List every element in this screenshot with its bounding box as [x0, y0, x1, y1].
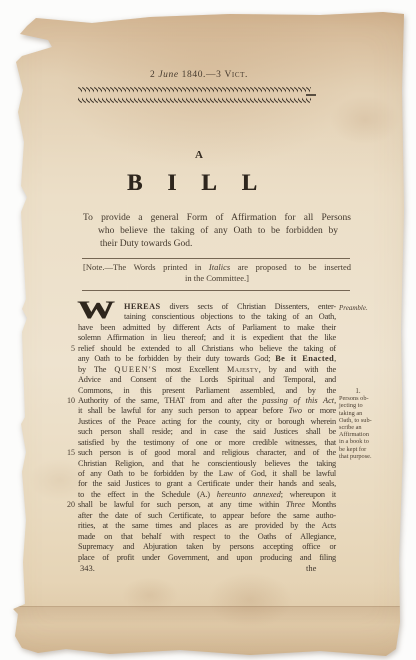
body-line: Supremacy and Abjuration taken by person…: [78, 542, 336, 552]
body-line-text: Commons, in this present Parliament asse…: [78, 386, 336, 396]
aged-paper-sheet: 2 June 1840.—3 Vict. A BILL To provide a…: [0, 0, 416, 660]
body-line: of any Oath to be forbidden by the Law o…: [78, 469, 336, 479]
body-line-text: such person is of good moral and religio…: [78, 448, 336, 458]
rule-bottom: [82, 290, 350, 291]
fold-crease: [14, 606, 402, 657]
body-line-text: Supremacy and Abjuration taken by person…: [78, 542, 336, 552]
regnal-abbrev: Vict.: [224, 70, 248, 80]
section1-text: Persons ob-jecting totaking anOath, to s…: [339, 395, 372, 460]
body-line-text: to the effect in the Schedule (A.) hereu…: [78, 490, 336, 500]
body-line: 5relief should be extended to all Christ…: [78, 344, 336, 354]
rule-top: [82, 258, 350, 259]
bill-title: BILL: [127, 170, 282, 196]
section1-number: 1.: [339, 388, 377, 395]
body-line: Advice and Consent of the Lords Spiritua…: [78, 375, 336, 385]
body-line-text: by The QUEEN'S most Excellent Majesty, b…: [78, 365, 336, 375]
body-line-text: place of profit under Government, and up…: [78, 553, 336, 563]
body-line-text: for the said Justices to grant a Certifi…: [78, 479, 336, 489]
body-line-text: such person shall reside; and in case th…: [78, 427, 336, 437]
body-line-text: taining conscientious objections to the …: [78, 312, 336, 322]
body-lines: HEREAS divers sects of Christian Dissent…: [78, 302, 336, 563]
signature-mark: 343.: [80, 563, 95, 573]
note-italic-word: Italics: [209, 262, 230, 272]
body-line-text: made on that behalf with respect to the …: [78, 532, 336, 542]
body-line-text: Advice and Consent of the Lords Spiritua…: [78, 375, 336, 385]
body-line: taining conscientious objections to the …: [78, 312, 336, 322]
body-line-text: Justices of the Peace acting for the cou…: [78, 417, 336, 427]
date-month: June: [158, 70, 178, 80]
body-line: place of profit under Government, and up…: [78, 553, 336, 563]
body-line: made on that behalf with respect to the …: [78, 532, 336, 542]
body-line: it shall be lawful for any such person t…: [78, 406, 336, 416]
body-line-text: of any Oath to be forbidden by the Law o…: [78, 469, 336, 479]
note-post: are proposed to be inserted: [230, 262, 351, 272]
preamble-sidenote: Preamble.: [339, 304, 377, 312]
body-line: such person shall reside; and in case th…: [78, 427, 336, 437]
body-line-text: rities, at the same times and places as …: [78, 521, 336, 531]
long-title-line: who believe the taking of any Oath to be…: [98, 225, 338, 238]
body-line-text: Authority of the same, THAT from and aft…: [78, 396, 336, 406]
body-line: solemn Affirmation in lieu thereof; and …: [78, 333, 336, 343]
half-title-a: A: [79, 149, 319, 161]
body-line-text: any Oath to be forbidden by their duty t…: [78, 354, 336, 364]
line-number: 20: [61, 500, 75, 510]
body-line-text: relief should be extended to all Christi…: [78, 344, 336, 354]
body-line: 15such person is of good moral and relig…: [78, 448, 336, 458]
line-number: 15: [61, 448, 75, 458]
body-line-text: have been admitted by different Acts of …: [78, 323, 336, 333]
body-line-text: it shall be lawful for any such person t…: [78, 406, 336, 416]
committee-note: [Note.—The Words printed in Italics are …: [83, 262, 351, 284]
note-pre: [Note.—The Words printed in: [83, 262, 209, 272]
body-line: for the said Justices to grant a Certifi…: [78, 479, 336, 489]
long-title-line: their Duty towards God.: [100, 238, 351, 251]
body-line: rities, at the same times and places as …: [78, 521, 336, 531]
body-line: satisfied by the testimony of one or mor…: [78, 438, 336, 448]
body-line: 10Authority of the same, THAT from and a…: [78, 396, 336, 406]
coil-braid-rule-ornament: [78, 86, 316, 104]
body-line: after the date of such Certificate, to a…: [78, 511, 336, 521]
body-line: by The QUEEN'S most Excellent Majesty, b…: [78, 365, 336, 375]
body-line: Christian Religion, and that he conscien…: [78, 459, 336, 469]
body-line: any Oath to be forbidden by their duty t…: [78, 354, 336, 364]
long-title-line: To provide a general Form of Affirmation…: [83, 212, 351, 225]
section1-sidenote: 1. Persons ob-jecting totaking anOath, t…: [339, 388, 377, 460]
body-line-text: Christian Religion, and that he conscien…: [78, 459, 336, 469]
catchword: the: [306, 563, 316, 573]
body-line-text: after the date of such Certificate, to a…: [78, 511, 336, 521]
long-title: To provide a general Form of Affirmation…: [83, 212, 351, 252]
paper-shadow-wrap: 2 June 1840.—3 Vict. A BILL To provide a…: [0, 0, 416, 660]
body-line-text: shall be lawful for such person, at any …: [78, 500, 336, 510]
body-line: HEREAS divers sects of Christian Dissent…: [78, 302, 336, 312]
body-line-text: solemn Affirmation in lieu thereof; and …: [78, 333, 336, 343]
date-line: 2 June 1840.—3 Vict.: [79, 70, 319, 80]
line-number: 5: [61, 344, 75, 354]
body-line-text: satisfied by the testimony of one or mor…: [78, 438, 336, 448]
body-line: to the effect in the Schedule (A.) hereu…: [78, 490, 336, 500]
date-year-regnal: 1840.—3: [179, 70, 225, 80]
body-line: Commons, in this present Parliament asse…: [78, 386, 336, 396]
committee-note-line: in the Committee.]: [83, 273, 351, 284]
body-line: Justices of the Peace acting for the cou…: [78, 417, 336, 427]
body-line: 20shall be lawful for such person, at an…: [78, 500, 336, 510]
committee-note-line: [Note.—The Words printed in Italics are …: [83, 262, 351, 273]
body-line: have been admitted by different Acts of …: [78, 323, 336, 333]
scanned-bill-page: 2 June 1840.—3 Vict. A BILL To provide a…: [0, 0, 416, 660]
body-line-text: HEREAS divers sects of Christian Dissent…: [78, 302, 336, 312]
line-number: 10: [61, 396, 75, 406]
